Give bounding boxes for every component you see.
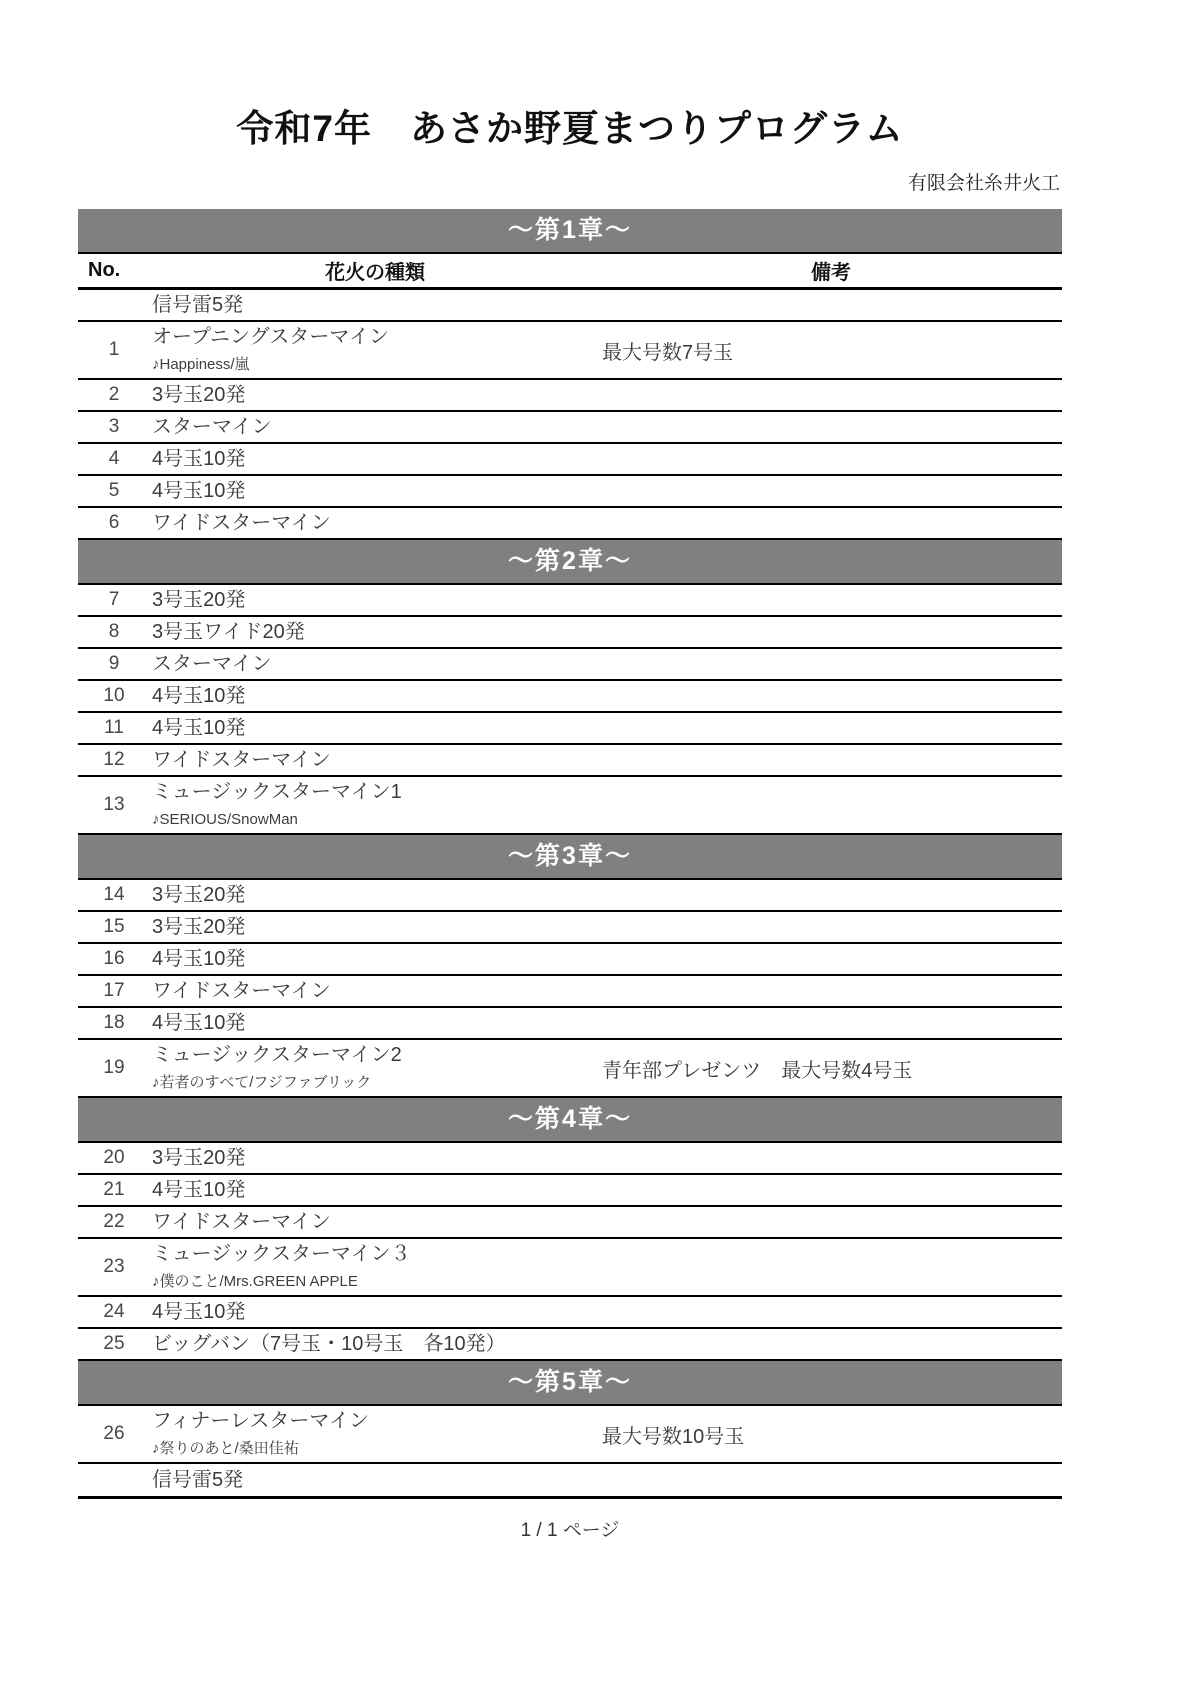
firework-cell: 3号玉ワイド20発 bbox=[150, 621, 600, 644]
row-number: 6 bbox=[78, 512, 150, 534]
firework-name: 4号玉10発 bbox=[152, 480, 600, 503]
section-header-bar: ～第5章～ bbox=[78, 1361, 1062, 1406]
firework-name: スターマイン bbox=[152, 653, 600, 676]
music-note-line: ♪僕のこと/Mrs.GREEN APPLE bbox=[152, 1273, 600, 1290]
row-number: 1 bbox=[78, 339, 150, 361]
row-number: 15 bbox=[78, 916, 150, 938]
firework-cell: 4号玉10発 bbox=[150, 1012, 600, 1035]
section-header-bar: ～第2章～ bbox=[78, 540, 1062, 585]
row-number: 14 bbox=[78, 884, 150, 906]
row-number: 20 bbox=[78, 1147, 150, 1169]
row-number: 2 bbox=[78, 384, 150, 406]
firework-name: 信号雷5発 bbox=[152, 1469, 600, 1492]
firework-name: 3号玉ワイド20発 bbox=[152, 621, 600, 644]
firework-name: 4号玉10発 bbox=[152, 1012, 600, 1035]
table-row: 26 フィナーレスターマイン ♪祭りのあと/桑田佳祐 最大号数10号玉 bbox=[78, 1406, 1062, 1464]
table-row: 19 ミュージックスターマイン2 ♪若者のすべて/フジファブリック 青年部プレゼ… bbox=[78, 1040, 1062, 1098]
table-row: 14 3号玉20発 bbox=[78, 880, 1062, 912]
firework-cell: ワイドスターマイン bbox=[150, 512, 600, 535]
table-row: 2 3号玉20発 bbox=[78, 380, 1062, 412]
section-title: ～第3章～ bbox=[508, 842, 632, 870]
table-row: 11 4号玉10発 bbox=[78, 713, 1062, 745]
firework-name: ミュージックスターマイン３ bbox=[152, 1243, 600, 1266]
remarks-cell: 最大号数10号玉 bbox=[600, 1420, 1062, 1449]
row-number: 3 bbox=[78, 416, 150, 438]
remarks-cell: 青年部プレゼンツ 最大号数4号玉 bbox=[600, 1054, 1062, 1083]
program-table: ～第1章～ No. 花火の種類 備考 信号雷5発 1 オープニングスターマイン … bbox=[78, 209, 1062, 1499]
firework-name: 3号玉20発 bbox=[152, 589, 600, 612]
row-number: 25 bbox=[78, 1333, 150, 1355]
firework-cell: ミュージックスターマイン2 ♪若者のすべて/フジファブリック bbox=[150, 1044, 600, 1091]
firework-name: 3号玉20発 bbox=[152, 384, 600, 407]
table-row: 5 4号玉10発 bbox=[78, 476, 1062, 508]
table-row: 22 ワイドスターマイン bbox=[78, 1207, 1062, 1239]
page-title: 令和7年 あさか野夏まつりプログラム bbox=[78, 98, 1062, 152]
section-title: ～第5章～ bbox=[508, 1368, 632, 1396]
music-note-line: ♪若者のすべて/フジファブリック bbox=[152, 1074, 600, 1091]
table-row: 信号雷5発 bbox=[78, 1464, 1062, 1496]
firework-cell: 4号玉10発 bbox=[150, 480, 600, 503]
firework-name: ミュージックスターマイン2 bbox=[152, 1044, 600, 1067]
firework-cell: ミュージックスターマイン1 ♪SERIOUS/SnowMan bbox=[150, 781, 600, 828]
row-number: 5 bbox=[78, 480, 150, 502]
firework-name: 4号玉10発 bbox=[152, 1301, 600, 1324]
firework-cell: 4号玉10発 bbox=[150, 685, 600, 708]
music-note-line: ♪Happiness/嵐 bbox=[152, 356, 600, 373]
firework-name: 信号雷5発 bbox=[152, 294, 600, 317]
firework-name: 3号玉20発 bbox=[152, 1147, 600, 1170]
firework-cell: スターマイン bbox=[150, 653, 600, 676]
firework-name: 4号玉10発 bbox=[152, 448, 600, 471]
table-row: 3 スターマイン bbox=[78, 412, 1062, 444]
table-header-row: No. 花火の種類 備考 bbox=[78, 254, 1062, 290]
firework-cell: 4号玉10発 bbox=[150, 448, 600, 471]
firework-cell: ワイドスターマイン bbox=[150, 749, 600, 772]
row-number: 7 bbox=[78, 589, 150, 611]
row-number: 9 bbox=[78, 653, 150, 675]
firework-name: 4号玉10発 bbox=[152, 1179, 600, 1202]
section-header-bar: ～第1章～ bbox=[78, 209, 1062, 254]
firework-name: 4号玉10発 bbox=[152, 948, 600, 971]
table-row: 20 3号玉20発 bbox=[78, 1143, 1062, 1175]
table-row: 18 4号玉10発 bbox=[78, 1008, 1062, 1040]
table-row: 13 ミュージックスターマイン1 ♪SERIOUS/SnowMan bbox=[78, 777, 1062, 835]
firework-cell: 4号玉10発 bbox=[150, 1179, 600, 1202]
table-row: 6 ワイドスターマイン bbox=[78, 508, 1062, 540]
firework-cell: 4号玉10発 bbox=[150, 948, 600, 971]
firework-name: ミュージックスターマイン1 bbox=[152, 781, 600, 804]
firework-cell: オープニングスターマイン ♪Happiness/嵐 bbox=[150, 326, 600, 373]
firework-cell: 4号玉10発 bbox=[150, 717, 600, 740]
firework-name: ワイドスターマイン bbox=[152, 512, 600, 535]
column-header-no: No. bbox=[78, 259, 150, 282]
row-number: 24 bbox=[78, 1301, 150, 1323]
row-number: 26 bbox=[78, 1423, 150, 1445]
page-number: 1 / 1 ページ bbox=[78, 1515, 1062, 1542]
row-number: 8 bbox=[78, 621, 150, 643]
table-row: 4 4号玉10発 bbox=[78, 444, 1062, 476]
row-number: 12 bbox=[78, 749, 150, 771]
firework-cell: 3号玉20発 bbox=[150, 916, 600, 939]
row-number: 18 bbox=[78, 1012, 150, 1034]
firework-name: オープニングスターマイン bbox=[152, 326, 600, 349]
firework-cell: 3号玉20発 bbox=[150, 384, 600, 407]
row-number: 4 bbox=[78, 448, 150, 470]
music-note-line: ♪祭りのあと/桑田佳祐 bbox=[152, 1440, 600, 1457]
firework-cell: ワイドスターマイン bbox=[150, 1211, 600, 1234]
firework-cell: 4号玉10発 bbox=[150, 1301, 600, 1324]
firework-cell: 3号玉20発 bbox=[150, 589, 600, 612]
section-title: ～第2章～ bbox=[508, 547, 632, 575]
table-row: 15 3号玉20発 bbox=[78, 912, 1062, 944]
table-row: 10 4号玉10発 bbox=[78, 681, 1062, 713]
section-header-bar: ～第3章～ bbox=[78, 835, 1062, 880]
section-header-bar: ～第4章～ bbox=[78, 1098, 1062, 1143]
table-row: 信号雷5発 bbox=[78, 290, 1062, 322]
row-number: 22 bbox=[78, 1211, 150, 1233]
row-number: 16 bbox=[78, 948, 150, 970]
row-number: 19 bbox=[78, 1057, 150, 1079]
table-row: 9 スターマイン bbox=[78, 649, 1062, 681]
section-title: ～第1章～ bbox=[508, 216, 632, 244]
row-number: 11 bbox=[78, 717, 150, 739]
row-number: 23 bbox=[78, 1256, 150, 1278]
firework-cell: 信号雷5発 bbox=[150, 294, 600, 317]
table-row: 17 ワイドスターマイン bbox=[78, 976, 1062, 1008]
table-row: 25 ビッグバン（7号玉・10号玉 各10発） bbox=[78, 1329, 1062, 1361]
table-row: 23 ミュージックスターマイン３ ♪僕のこと/Mrs.GREEN APPLE bbox=[78, 1239, 1062, 1297]
firework-name: ワイドスターマイン bbox=[152, 749, 600, 772]
table-row: 7 3号玉20発 bbox=[78, 585, 1062, 617]
firework-name: 3号玉20発 bbox=[152, 884, 600, 907]
table-row: 12 ワイドスターマイン bbox=[78, 745, 1062, 777]
column-header-note: 備考 bbox=[600, 256, 1062, 285]
firework-name: フィナーレスターマイン bbox=[152, 1410, 600, 1433]
page-content: 令和7年 あさか野夏まつりプログラム 有限会社糸井火工 ～第1章～ No. 花火… bbox=[78, 0, 1062, 1542]
firework-cell: フィナーレスターマイン ♪祭りのあと/桑田佳祐 bbox=[150, 1410, 600, 1457]
firework-name: スターマイン bbox=[152, 416, 600, 439]
row-number: 13 bbox=[78, 794, 150, 816]
section-title: ～第4章～ bbox=[508, 1105, 632, 1133]
firework-cell: ビッグバン（7号玉・10号玉 各10発） bbox=[150, 1333, 600, 1356]
table-row: 21 4号玉10発 bbox=[78, 1175, 1062, 1207]
row-number: 10 bbox=[78, 685, 150, 707]
remarks-cell: 最大号数7号玉 bbox=[600, 336, 1062, 365]
firework-cell: ミュージックスターマイン３ ♪僕のこと/Mrs.GREEN APPLE bbox=[150, 1243, 600, 1290]
firework-name: 3号玉20発 bbox=[152, 916, 600, 939]
firework-cell: スターマイン bbox=[150, 416, 600, 439]
company-name: 有限会社糸井火工 bbox=[78, 168, 1062, 195]
firework-cell: 信号雷5発 bbox=[150, 1469, 600, 1492]
table-row: 8 3号玉ワイド20発 bbox=[78, 617, 1062, 649]
column-header-type: 花火の種類 bbox=[150, 256, 600, 285]
row-number: 21 bbox=[78, 1179, 150, 1201]
firework-cell: ワイドスターマイン bbox=[150, 980, 600, 1003]
firework-name: 4号玉10発 bbox=[152, 717, 600, 740]
firework-name: ワイドスターマイン bbox=[152, 980, 600, 1003]
music-note-line: ♪SERIOUS/SnowMan bbox=[152, 811, 600, 828]
document-page: 令和7年 あさか野夏まつりプログラム 有限会社糸井火工 ～第1章～ No. 花火… bbox=[0, 0, 1200, 1696]
table-row: 1 オープニングスターマイン ♪Happiness/嵐 最大号数7号玉 bbox=[78, 322, 1062, 380]
firework-name: 4号玉10発 bbox=[152, 685, 600, 708]
table-row: 24 4号玉10発 bbox=[78, 1297, 1062, 1329]
table-row: 16 4号玉10発 bbox=[78, 944, 1062, 976]
firework-cell: 3号玉20発 bbox=[150, 1147, 600, 1170]
firework-cell: 3号玉20発 bbox=[150, 884, 600, 907]
firework-name: ワイドスターマイン bbox=[152, 1211, 600, 1234]
firework-name: ビッグバン（7号玉・10号玉 各10発） bbox=[152, 1333, 600, 1356]
row-number: 17 bbox=[78, 980, 150, 1002]
